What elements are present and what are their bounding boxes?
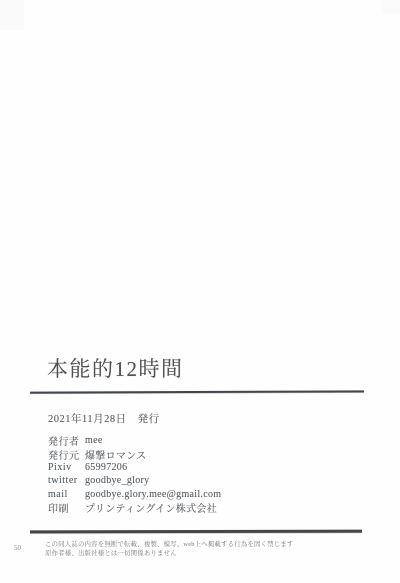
disclaimer: この同人誌の内容を無断で転載、複製、模写、web上へ掲載する行為を固く禁じます … xyxy=(45,541,294,558)
book-title: 本能的12時間 xyxy=(47,353,184,383)
credits-list: 発行者 mee 発行元 爆撃ロマンス Pixiv 65997206 twitte… xyxy=(48,434,221,514)
divider-top xyxy=(30,390,364,393)
credit-row-printer: 印刷 プリンティングイン株式会社 xyxy=(48,501,221,514)
credit-label: 印刷 xyxy=(48,500,85,515)
credit-label: mail xyxy=(48,489,85,500)
scan-artifact-top-right xyxy=(382,0,400,14)
disclaimer-line-1: この同人誌の内容を無断で転載、複製、模写、web上へ掲載する行為を固く禁じます xyxy=(45,541,294,550)
publish-date: 2021年11月28日 発行 xyxy=(48,411,160,426)
credit-value: プリンティングイン株式会社 xyxy=(85,500,217,515)
scan-artifact-top-left xyxy=(0,0,24,30)
credit-row-twitter: twitter goodbye_glory xyxy=(48,474,221,487)
credit-row-mail: mail goodbye.glory.mee@gmail.com xyxy=(48,488,221,501)
credit-label: 発行元 xyxy=(48,447,85,462)
credit-row-publisher: 発行者 mee xyxy=(48,434,221,447)
credit-row-pixiv: Pixiv 65997206 xyxy=(48,461,221,474)
credit-value: goodbye.glory.mee@gmail.com xyxy=(85,489,221,500)
credit-value: 爆撃ロマンス xyxy=(85,447,147,462)
credit-label: twitter xyxy=(48,475,85,486)
page-number: 50 xyxy=(14,544,21,552)
disclaimer-line-2: 原作者様、出版社様とは一切関係ありません xyxy=(45,550,294,559)
colophon-page: 本能的12時間 2021年11月28日 発行 発行者 mee 発行元 爆撃ロマン… xyxy=(0,0,400,583)
credit-row-circle: 発行元 爆撃ロマンス xyxy=(48,447,221,460)
credit-value: 65997206 xyxy=(85,462,127,473)
credit-value: goodbye_glory xyxy=(85,475,149,486)
credit-label: Pixiv xyxy=(48,462,85,473)
credit-value: mee xyxy=(85,435,103,446)
divider-bottom xyxy=(30,530,362,533)
